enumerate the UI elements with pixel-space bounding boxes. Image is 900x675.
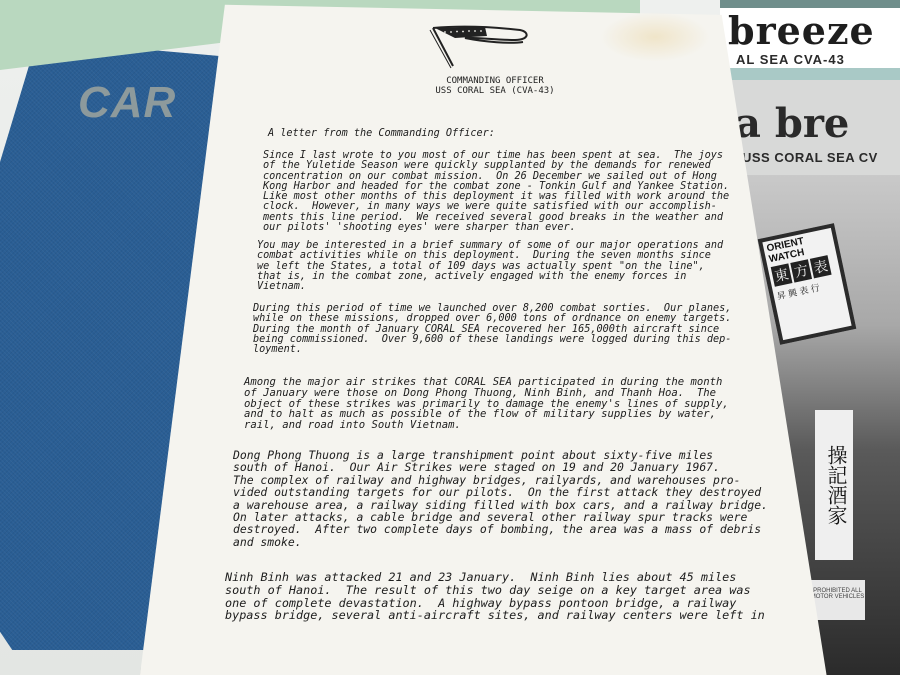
letter-paragraph: Dong Phong Thuong is a large transhipmen… [233,449,768,548]
sign-char: 表 [810,255,832,278]
letter-heading-ship: USS CORAL SEA (CVA-43) [395,86,595,96]
magazine-back-strip [720,0,900,8]
vertical-shop-sign: 操記酒家 [815,410,853,560]
magazine-front-title: a bre [735,100,849,147]
prohibited-sign: PROHIBITED ALL MOTOR VEHICLES [810,580,865,620]
letter-heading-title: COMMANDING OFFICER [395,76,595,86]
letter-paragraph: You may be interested in a brief summary… [257,241,723,292]
magazine-back-title: breeze [728,8,875,53]
sign-char: 方 [790,259,812,282]
letter-salutation: A letter from the Commanding Officer: [268,129,495,139]
letter-paragraph: Among the major air strikes that CORAL S… [244,377,729,431]
magazine-front-subtitle: USS CORAL SEA CV [742,150,878,165]
magazine-back-subtitle: AL SEA CVA-43 [736,52,845,67]
letter-paragraph: During this period of time we launched o… [253,304,731,355]
letter-paragraph: Ninh Binh was attacked 21 and 23 January… [225,571,765,622]
sign-char: 東 [771,263,793,286]
flag-icon [425,22,535,72]
letter-paragraph: Since I last wrote to you most of our ti… [263,151,729,233]
book-title: CAR [78,78,176,128]
paper-stain [600,12,710,62]
